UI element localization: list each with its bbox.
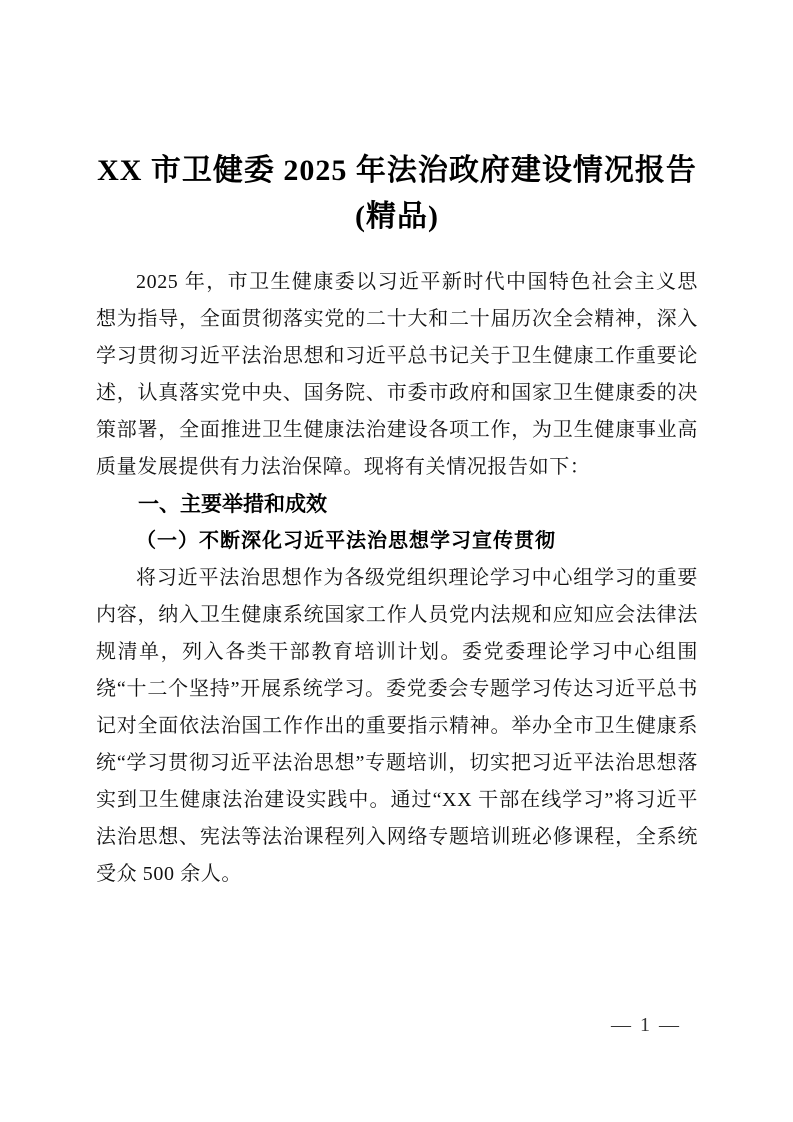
- page-number: — 1 —: [611, 1012, 681, 1038]
- document-content: XX 市卫健委 2025 年法治政府建设情况报告 (精品) 2025 年，市卫生…: [96, 148, 698, 893]
- intro-paragraph: 2025 年，市卫生健康委以习近平新时代中国特色社会主义思想为指导，全面贯彻落实…: [96, 264, 698, 486]
- subsection-heading-xi-jinping-rule-of-law: （一）不断深化习近平法治思想学习宣传贯彻: [96, 523, 698, 560]
- document-page: XX 市卫健委 2025 年法治政府建设情况报告 (精品) 2025 年，市卫生…: [0, 0, 793, 1122]
- document-title: XX 市卫健委 2025 年法治政府建设情况报告 (精品): [96, 148, 698, 240]
- document-title-line-2: (精品): [96, 194, 698, 240]
- document-title-line-1: XX 市卫健委 2025 年法治政府建设情况报告: [96, 148, 698, 194]
- body-paragraph-study-implementation: 将习近平法治思想作为各级党组织理论学习中心组学习的重要内容，纳入卫生健康系统国家…: [96, 560, 698, 893]
- section-heading-main-measures: 一、主要举措和成效: [96, 486, 698, 523]
